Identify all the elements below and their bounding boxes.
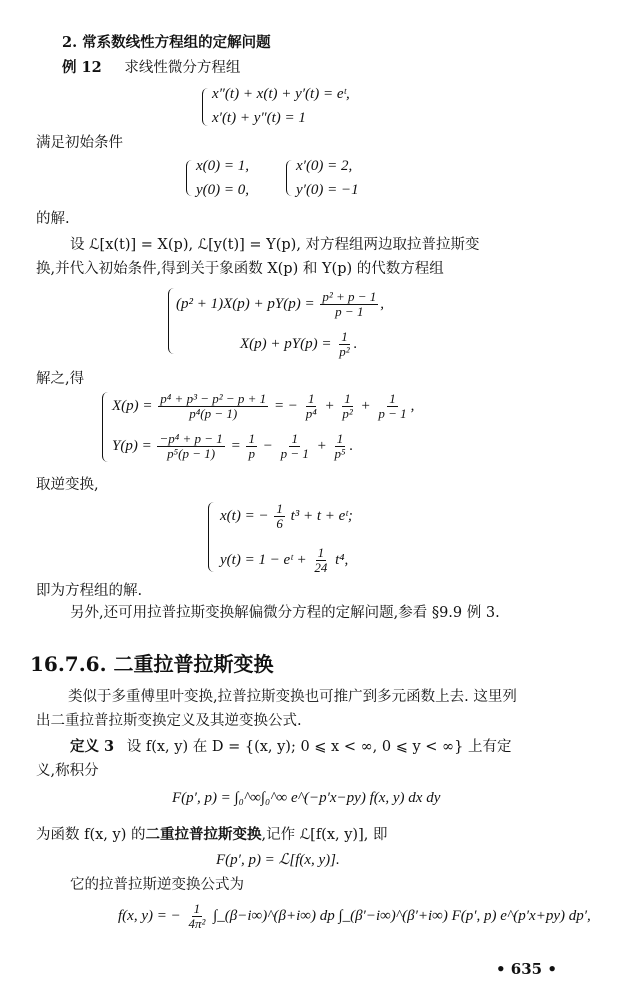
inverse-double-laplace-formula: f(x, y) = − 14π² ∫_(β−i∞)^(β+i∞) dp ∫_(β… xyxy=(118,902,591,931)
algebraic-equation-1: (p² + 1)X(p) + pY(p) = p² + p − 1p − 1, xyxy=(176,290,384,319)
x-t-solution: x(t) = − 16 t³ + t + eᵗ; xyxy=(220,502,353,531)
X-solution: X(p) = p⁴ + p³ − p² − p + 1p⁴(p − 1) = −… xyxy=(112,392,414,421)
solution-of-text: 的解. xyxy=(36,210,70,228)
paragraph-line-1: 类似于多重傅里叶变换,拉普拉斯变换也可推广到多元函数上去. 这里列 xyxy=(68,688,517,706)
example-12-line: 例 12 求线性微分方程组 xyxy=(62,59,240,77)
definition-3-line-1: 定义 3 设 f(x, y) 在 D = {(x, y); 0 ⩽ x < ∞,… xyxy=(70,738,511,756)
inverse-intro: 取逆变换, xyxy=(36,476,99,494)
example-label: 例 12 xyxy=(62,59,102,76)
double-laplace-integral: F(p′, p) = ∫₀^∞∫₀^∞ e^(−p′x−py) f(x, y) … xyxy=(172,790,440,807)
brace-system xyxy=(202,88,209,126)
y-t-solution: y(t) = 1 − eᵗ + 124 t⁴, xyxy=(220,546,348,575)
section-heading-16-7-6: 16.7.6. 二重拉普拉斯变换 xyxy=(30,648,274,677)
inverse-formula-intro: 它的拉普拉斯逆变换公式为 xyxy=(70,876,244,894)
setup-line-2: 换,并代入初始条件,得到关于象函数 X(p) 和 Y(p) 的代数方程组 xyxy=(36,260,444,278)
initial-conditions-intro: 满足初始条件 xyxy=(36,134,123,152)
definition-3-line-2: 义,称积分 xyxy=(36,762,99,780)
algebraic-equation-2: X(p) + pY(p) = 1p². xyxy=(240,330,357,359)
brace-conditions-1 xyxy=(186,160,193,196)
condition-xp0: x′(0) = 2, xyxy=(296,158,352,175)
page-number: • 635 • xyxy=(496,960,557,978)
condition-y0: y(0) = 0, xyxy=(196,182,249,199)
setup-line-1: 设 ℒ[x(t)] = X(p), ℒ[y(t)] = Y(p), 对方程组两边… xyxy=(70,236,480,254)
brace-conditions-2 xyxy=(286,160,293,196)
equation-2: x′(t) + y″(t) = 1 xyxy=(212,110,306,127)
paragraph-line-2: 出二重拉普拉斯变换定义及其逆变换公式. xyxy=(36,712,302,730)
solution-intro: 解之,得 xyxy=(36,370,84,388)
equation-1: x″(t) + x(t) + y′(t) = eᵗ, xyxy=(212,86,350,103)
definition-3-line-3: 为函数 f(x, y) 的二重拉普拉斯变换,记作 ℒ[f(x, y)], 即 xyxy=(36,826,387,844)
condition-yp0: y′(0) = −1 xyxy=(296,182,359,199)
example-text: 求线性微分方程组 xyxy=(124,60,240,76)
definition-label: 定义 3 xyxy=(70,738,114,755)
brace-algebraic xyxy=(168,288,176,354)
Y-solution: Y(p) = −p⁴ + p − 1p⁵(p − 1) = 1p − 1p − … xyxy=(112,432,353,461)
section-title: 2. 常系数线性方程组的定解问题 xyxy=(62,34,271,52)
brace-solution xyxy=(102,392,110,462)
brace-inverse xyxy=(208,502,216,572)
conclusion: 即为方程组的解. xyxy=(36,582,142,600)
note-pde: 另外,还可用拉普拉斯变换解偏微分方程的定解问题,参看 §9.9 例 3. xyxy=(70,604,500,622)
definition-equation: F(p′, p) = ℒ[f(x, y)]. xyxy=(216,850,340,869)
condition-x0: x(0) = 1, xyxy=(196,158,249,175)
